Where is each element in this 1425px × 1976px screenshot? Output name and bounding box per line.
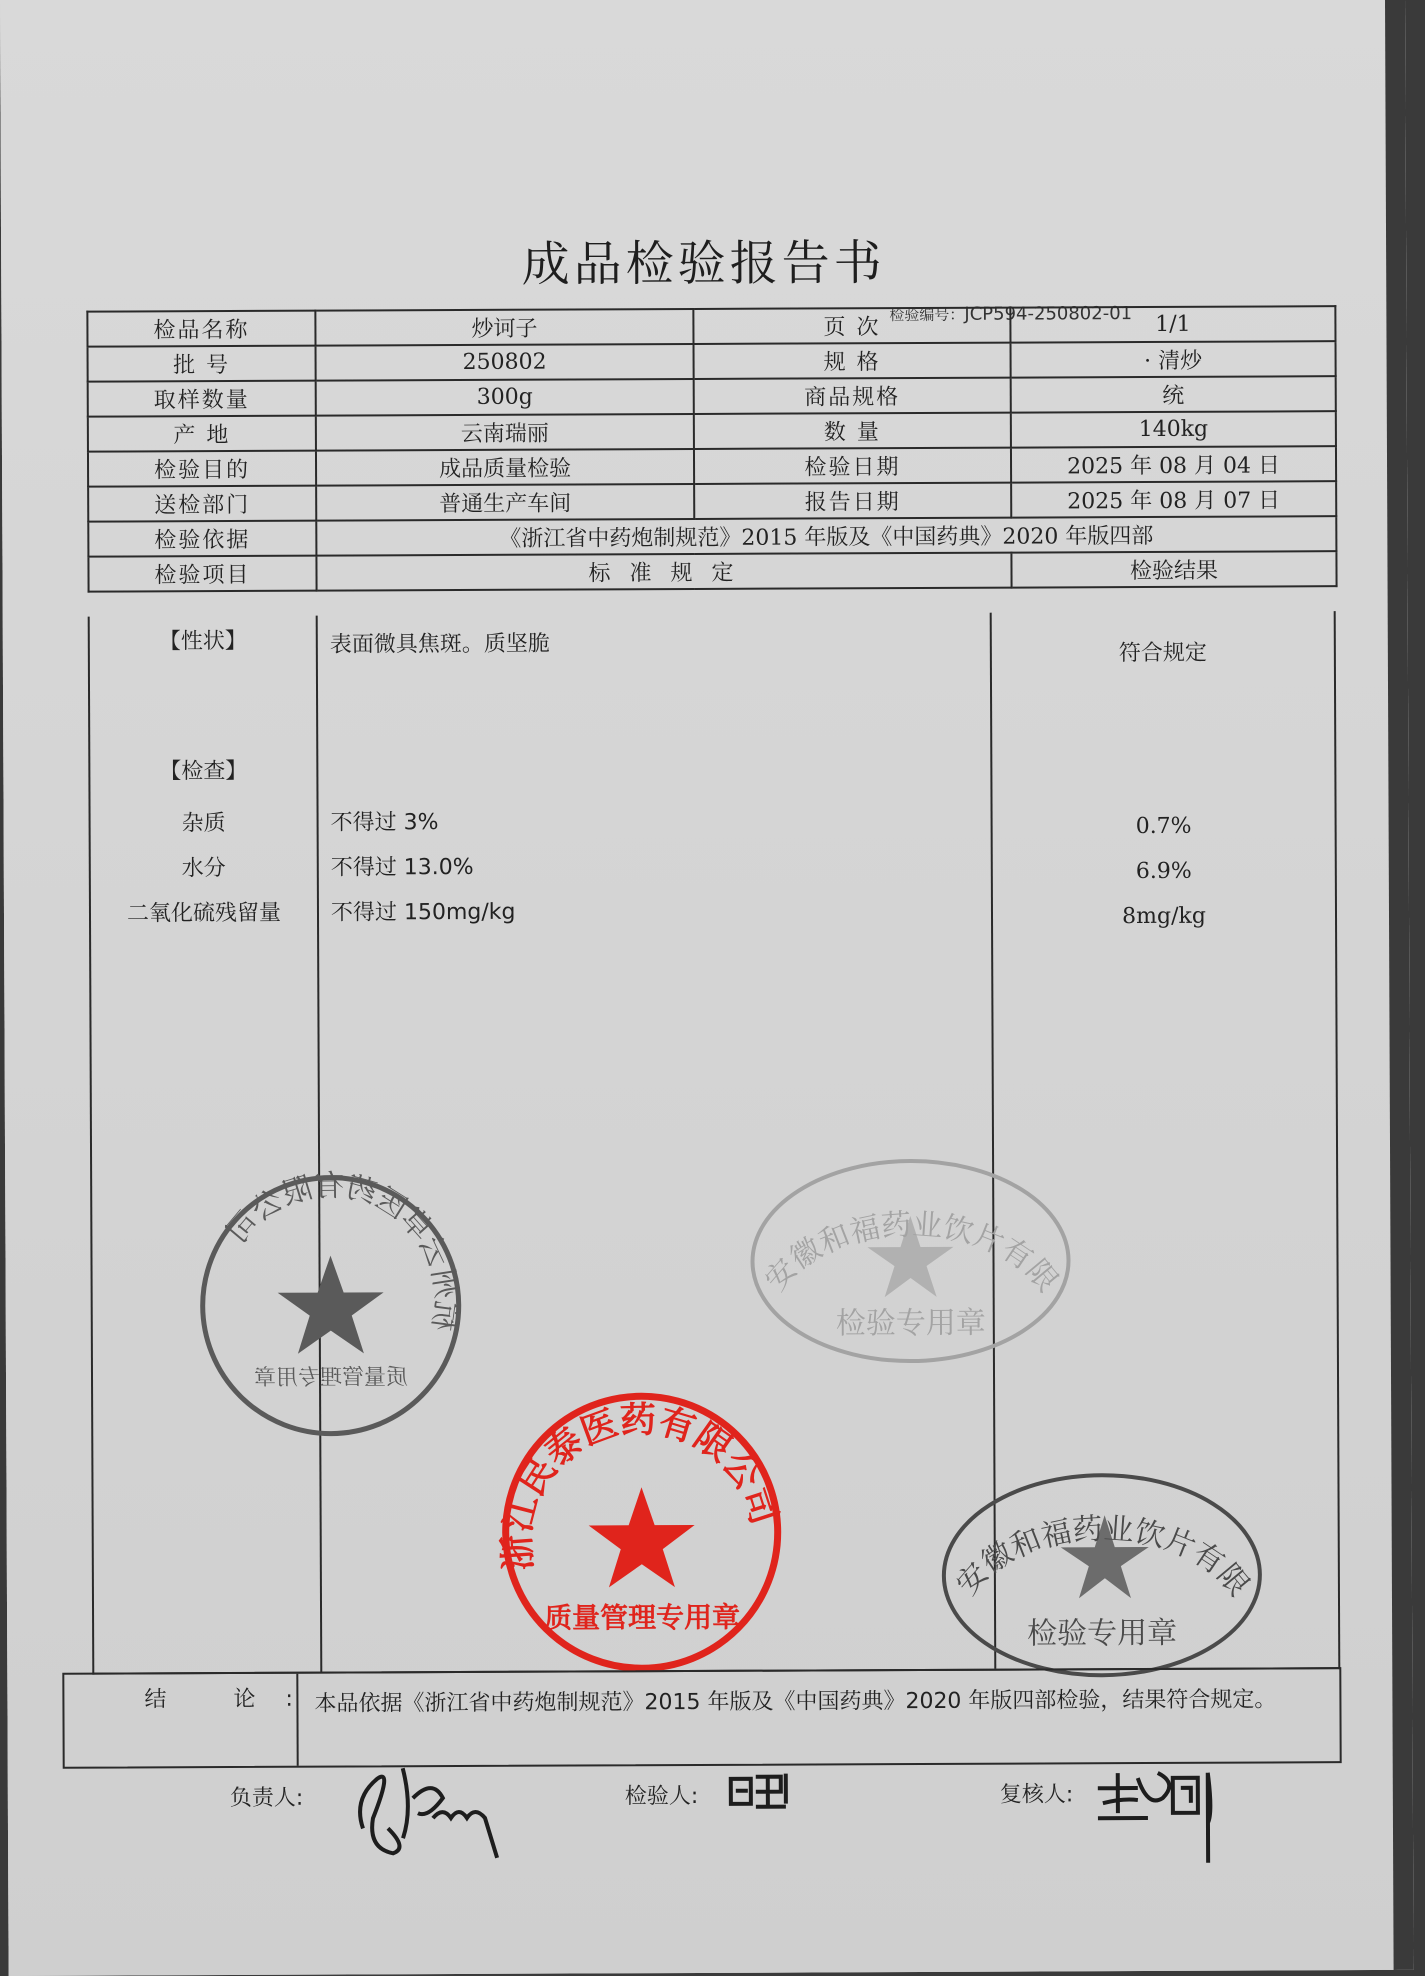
conclusion-label: 结 论:: [144, 1682, 323, 1714]
info-label: 送检部门: [88, 486, 316, 522]
section-heading: 【性状】: [90, 624, 316, 656]
info-label: 规 格: [694, 343, 1011, 379]
signature-responsible: 负责人:: [230, 1781, 304, 1812]
item-standard: 不得过 3%: [331, 805, 439, 836]
info-label: 检验目的: [88, 451, 316, 487]
item-name: 水分: [91, 851, 317, 883]
info-value: 成品质量检验: [316, 449, 694, 486]
signature-reviewer: 复核人:: [1000, 1777, 1074, 1808]
signature-label: 检验人:: [625, 1784, 699, 1809]
info-value: 普通生产车间: [316, 484, 694, 521]
red-round-stamp: 浙江民泰医药有限公司 质量管理专用章: [496, 1387, 787, 1678]
oval-inspection-stamp: 安徽和福药业饮片有限公司 检验专用章: [936, 1464, 1267, 1685]
info-value: 250802: [316, 344, 694, 381]
info-value: 云南瑞丽: [316, 414, 694, 451]
info-row: 检品名称炒诃子页 次1/1: [87, 306, 1335, 346]
item-result: 0.7%: [993, 813, 1335, 839]
page-edge: [1385, 0, 1414, 1970]
info-label: 数 量: [694, 413, 1011, 449]
info-label: 页 次: [693, 308, 1010, 344]
items-header-result: 检验结果: [1011, 551, 1336, 587]
handwritten-signature: [1093, 1763, 1243, 1874]
info-label: 批 号: [88, 346, 316, 382]
signature-label: 复核人:: [1000, 1782, 1074, 1807]
item-standard: 表面微具焦斑。质坚脆: [330, 627, 550, 659]
item-result: 6.9%: [993, 858, 1335, 884]
info-row: 取样数量300g商品规格统: [88, 376, 1336, 416]
info-value: 300g: [316, 379, 694, 416]
info-table: 检品名称炒诃子页 次1/1批 号250802规 格· 清炒取样数量300g商品规…: [86, 305, 1337, 592]
item-name: 杂质: [91, 806, 317, 838]
info-value: 统: [1011, 376, 1336, 412]
info-value: · 清炒: [1011, 341, 1336, 377]
items-header-standard: 标 准 规 定: [316, 553, 1011, 591]
info-row: 检验目的成品质量检验检验日期2025 年 08 月 04 日: [88, 446, 1336, 486]
info-value: 2025 年 08 月 07 日: [1011, 481, 1336, 517]
info-label: 商品规格: [694, 378, 1011, 414]
item-result: 8mg/kg: [993, 903, 1335, 929]
svg-text:质量管理专用章: 质量管理专用章: [544, 1601, 740, 1635]
basis-value: 《浙江省中药炮制规范》2015 年版及《中国药典》2020 年版四部: [316, 516, 1336, 555]
item-standard: 不得过 150mg/kg: [331, 895, 516, 927]
handwritten-signature: [726, 1769, 796, 1819]
column-divider: [316, 616, 323, 1672]
basis-row: 检验依据《浙江省中药炮制规范》2015 年版及《中国药典》2020 年版四部: [88, 516, 1336, 556]
item-result: 符合规定: [992, 635, 1334, 667]
info-row: 产 地云南瑞丽数 量140kg: [88, 411, 1336, 451]
svg-text:检验专用章: 检验专用章: [1027, 1616, 1177, 1652]
item-name: 二氧化硫残留量: [91, 896, 317, 928]
info-label: 检验日期: [694, 448, 1011, 484]
signature-inspector: 检验人:: [625, 1779, 699, 1810]
document-title: 成品检验报告书: [1, 222, 1406, 297]
info-value: 140kg: [1011, 411, 1336, 447]
svg-text:检验专用章: 检验专用章: [836, 1306, 986, 1342]
conclusion-box: 结 论: 本品依据《浙江省中药炮制规范》2015 年版及《中国药典》2020 年…: [62, 1667, 1341, 1769]
info-label: 检品名称: [87, 311, 315, 347]
mirrored-round-stamp: 杭州云草医药有限公司 质量管理专用章: [195, 1170, 466, 1441]
items-header-row: 检验项目标 准 规 定检验结果: [88, 551, 1336, 591]
basis-label: 检验依据: [88, 521, 316, 557]
info-label: 产 地: [88, 416, 316, 452]
info-value: 2025 年 08 月 04 日: [1011, 446, 1336, 482]
info-label: 取样数量: [88, 381, 316, 417]
faint-oval-stamp: 安徽和福药业饮片有限公司 检验专用章: [745, 1150, 1076, 1371]
info-row: 送检部门普通生产车间报告日期2025 年 08 月 07 日: [88, 481, 1336, 521]
report-page: 成品检验报告书 检验编号：JCP594-250802-01 检品名称炒诃子页 次…: [0, 0, 1414, 1976]
info-row: 批 号250802规 格· 清炒: [88, 341, 1336, 381]
signature-label: 负责人:: [230, 1786, 304, 1811]
info-value: 炒诃子: [315, 309, 693, 346]
info-label: 报告日期: [694, 483, 1011, 519]
handwritten-signature: [333, 1758, 513, 1869]
section-heading: 【检查】: [90, 754, 316, 786]
conclusion-text: 本品依据《浙江省中药炮制规范》2015 年版及《中国药典》2020 年版四部检验…: [314, 1677, 1324, 1727]
item-standard: 不得过 13.0%: [331, 850, 474, 882]
svg-text:质量管理专用章: 质量管理专用章: [254, 1365, 408, 1391]
info-value: 1/1: [1010, 306, 1335, 342]
items-header-label: 检验项目: [88, 556, 316, 592]
